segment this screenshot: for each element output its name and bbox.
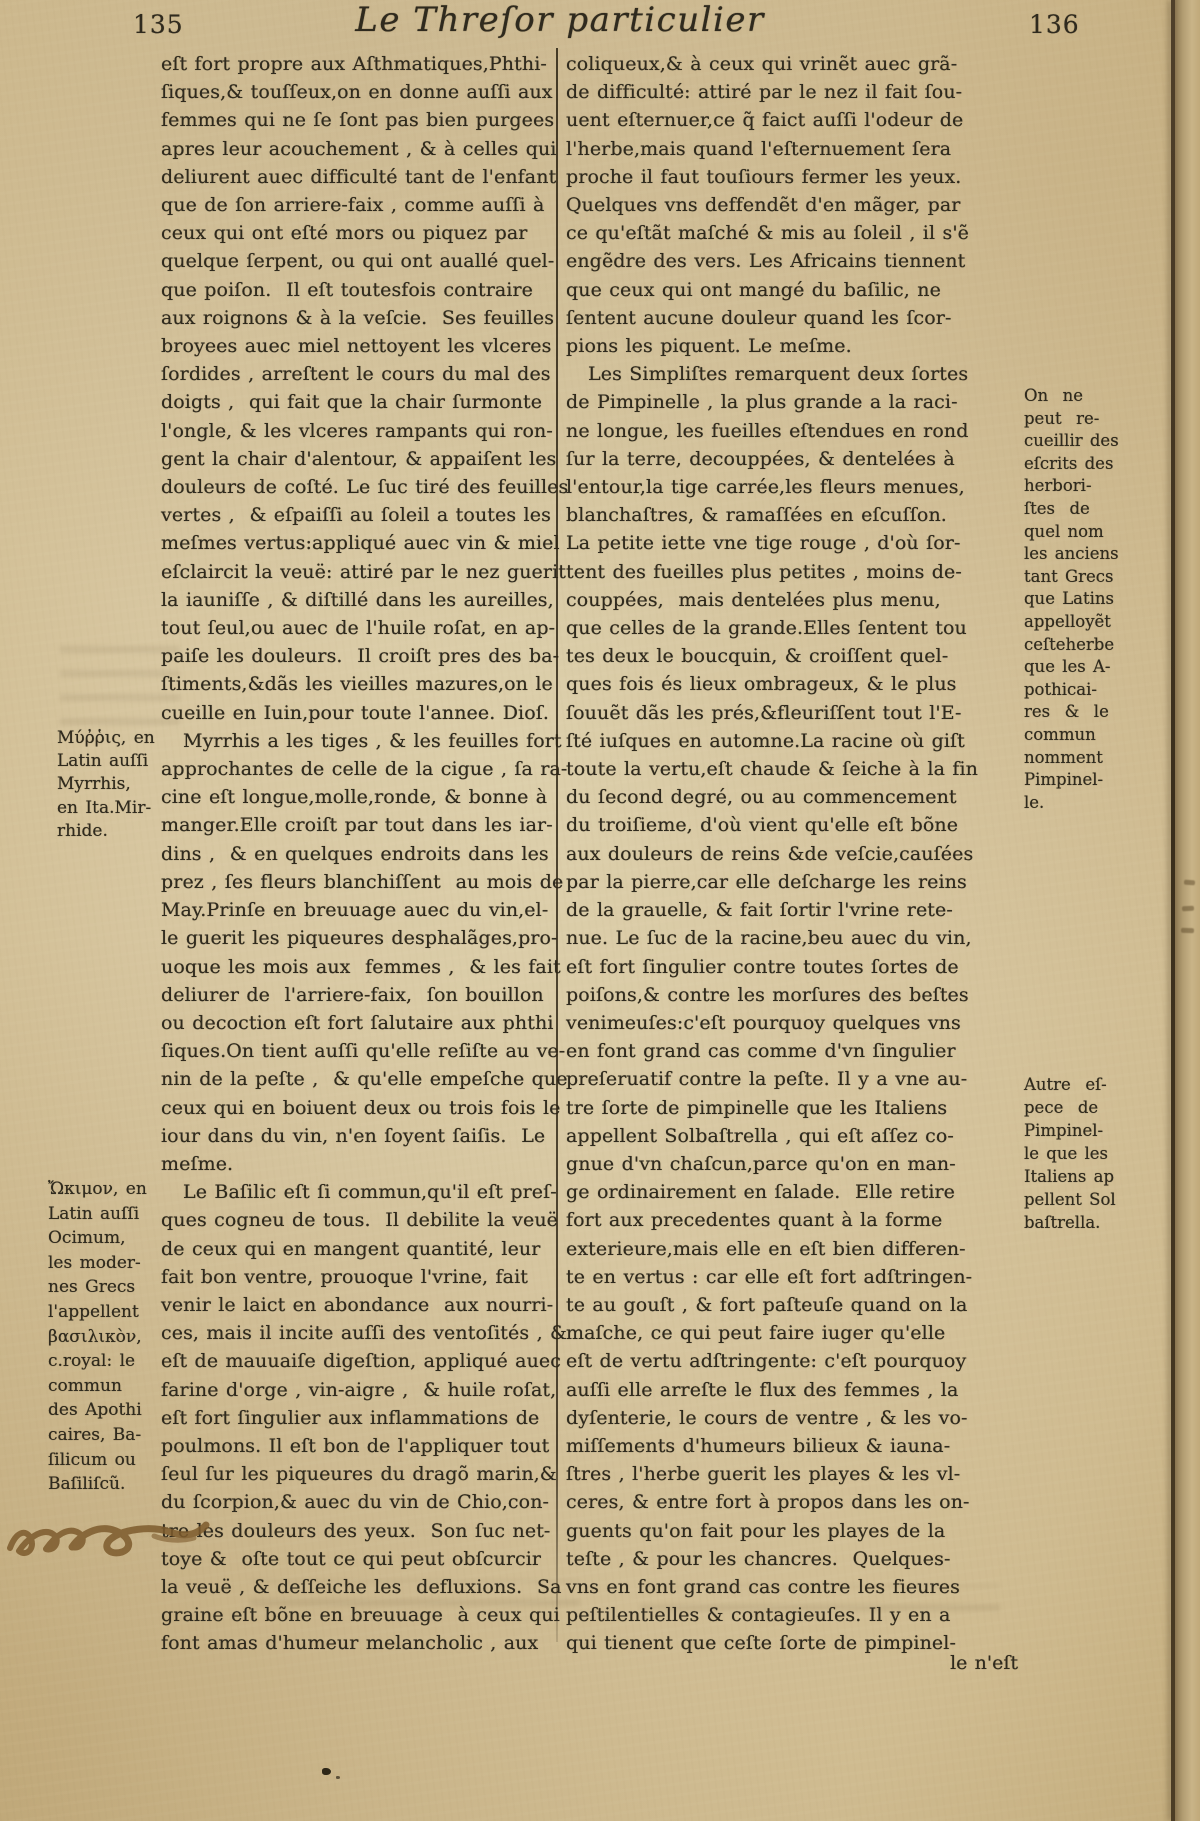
running-title: Le Threſor particulier [270,0,850,40]
book-page-scan: 135 Le Threſor particulier 136 eſt fort … [0,0,1200,1821]
ink-speck [322,1768,331,1775]
right-column-text: coliqueux,& à ceux qui vrinẽt auec grã- … [566,50,1021,1658]
margin-note-myrrhis: Μύῤῥις, en Latin auſſi Myrrhis, en Ita.M… [57,727,197,843]
ink-speck [336,1776,340,1779]
page-edge-bleedthrough [1182,906,1194,912]
page-number-left: 135 [133,10,184,39]
page-edge-bleedthrough [1184,880,1195,886]
page-gutter-line [1171,0,1175,1821]
margin-note-solbastrella: Autre eſ- pece de Pimpinel- le que les I… [1024,1073,1170,1234]
margin-note-ocimum: Ὤκιμον, en Latin auſſi Ocimum, les moder… [48,1177,200,1497]
column-divider-rule [556,48,558,1642]
page-number-right: 136 [1029,10,1080,39]
margin-note-pimpinelle: On ne peut re- cueillir des eſcrits des … [1024,385,1170,814]
catchword: le n'eſt [566,1652,1018,1674]
handwritten-annotation [4,1496,244,1586]
left-column-text: eſt fort propre aux Aſthmatiques,Phthi- … [161,50,553,1658]
page-edge-bleedthrough [1181,928,1194,933]
